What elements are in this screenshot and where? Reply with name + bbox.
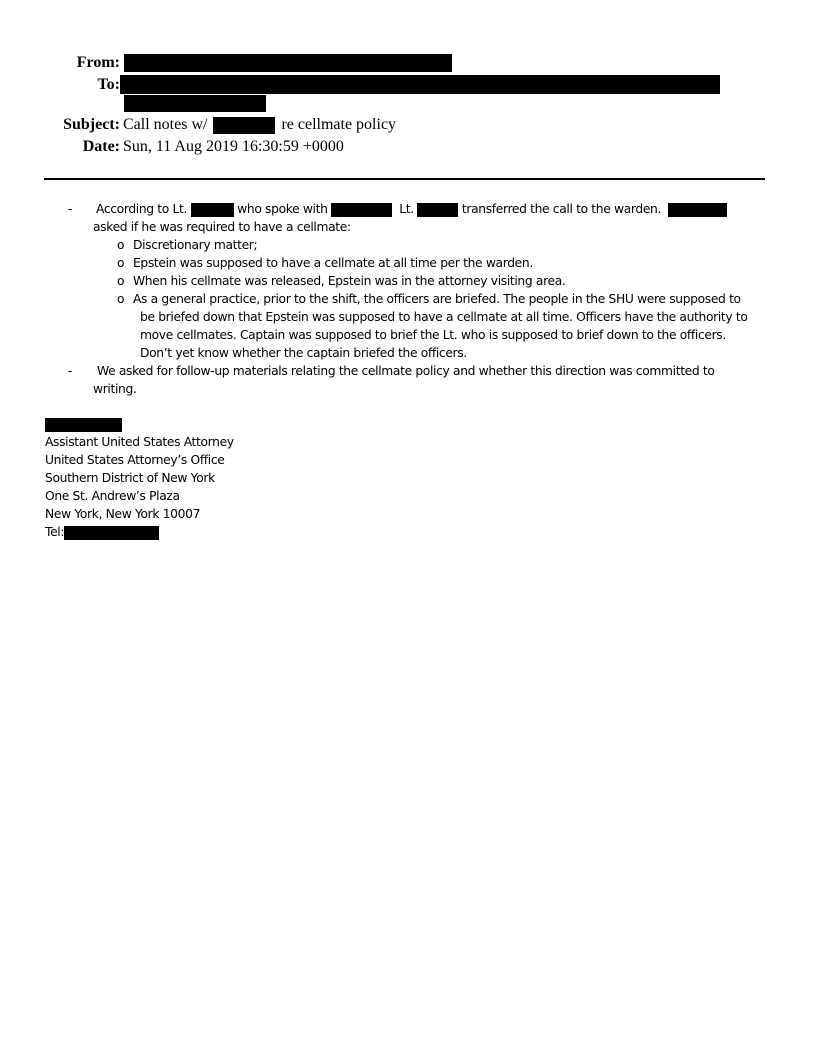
email-body: - According to Lt. who spoke with Lt. tr… (0, 200, 816, 400)
redacted-from (124, 54, 452, 72)
redacted-lt-name-1 (191, 203, 234, 217)
from-label: From: (0, 53, 120, 73)
subject-label: Subject: (0, 115, 120, 135)
sub-bullet-marker: o (117, 236, 124, 254)
subject-suffix: re cellmate policy (281, 116, 396, 133)
redacted-name-4 (668, 203, 727, 217)
sub-bullet-marker: o (117, 272, 124, 290)
subject-prefix: Call notes w/ (123, 116, 207, 133)
signature-title: Assistant United States Attorney (45, 433, 234, 451)
redacted-subject-name (213, 117, 275, 134)
tel-label: Tel: (45, 525, 64, 539)
email-header: From: To: Subject: Call notes w/ re cell… (0, 52, 816, 162)
redacted-signer-name (45, 418, 122, 432)
signature-district: Southern District of New York (45, 469, 215, 487)
item1-text-a: According to Lt. (96, 202, 187, 216)
item1-text-b: who spoke with (237, 202, 327, 216)
subject-value: Call notes w/ re cellmate policy (123, 115, 396, 135)
bullet-marker: - (68, 200, 72, 218)
item1-line2: asked if he was required to have a cellm… (93, 218, 351, 236)
sub-bullet-marker: o (117, 254, 124, 272)
sub-item-3: When his cellmate was released, Epstein … (133, 272, 565, 290)
signature-address-2: New York, New York 10007 (45, 505, 200, 523)
item2-line2: writing. (93, 380, 136, 398)
item1-line1: According to Lt. who spoke with Lt. tran… (96, 200, 727, 218)
signature-address-1: One St. Andrew’s Plaza (45, 487, 180, 505)
sub-item-4-line-3: move cellmates. Captain was supposed to … (140, 326, 726, 344)
sub-item-2: Epstein was supposed to have a cellmate … (133, 254, 533, 272)
signature-office: United States Attorney’s Office (45, 451, 224, 469)
to-label: To: (0, 75, 120, 95)
sub-bullet-marker: o (117, 290, 124, 308)
redacted-name-2 (331, 203, 392, 217)
sub-item-4-line-2: be briefed down that Epstein was suppose… (140, 308, 748, 326)
signature-tel: Tel: (45, 523, 159, 541)
redacted-phone (64, 526, 159, 540)
item1-text-d: transferred the call to the warden. (462, 202, 661, 216)
redacted-lt-name-3 (417, 203, 458, 217)
bullet-marker: - (68, 362, 72, 380)
redacted-to (120, 75, 720, 94)
redacted-to-continued (124, 95, 266, 112)
item2-line1: We asked for follow-up materials relatin… (97, 362, 715, 380)
date-label: Date: (0, 137, 120, 157)
sub-item-4-line-4: Don’t yet know whether the captain brief… (140, 344, 467, 362)
date-value: Sun, 11 Aug 2019 16:30:59 +0000 (123, 137, 344, 157)
sub-item-4-line-1: As a general practice, prior to the shif… (133, 290, 741, 308)
item1-text-c: Lt. (399, 202, 414, 216)
sub-item-1: Discretionary matter; (133, 236, 257, 254)
header-divider (44, 178, 765, 180)
